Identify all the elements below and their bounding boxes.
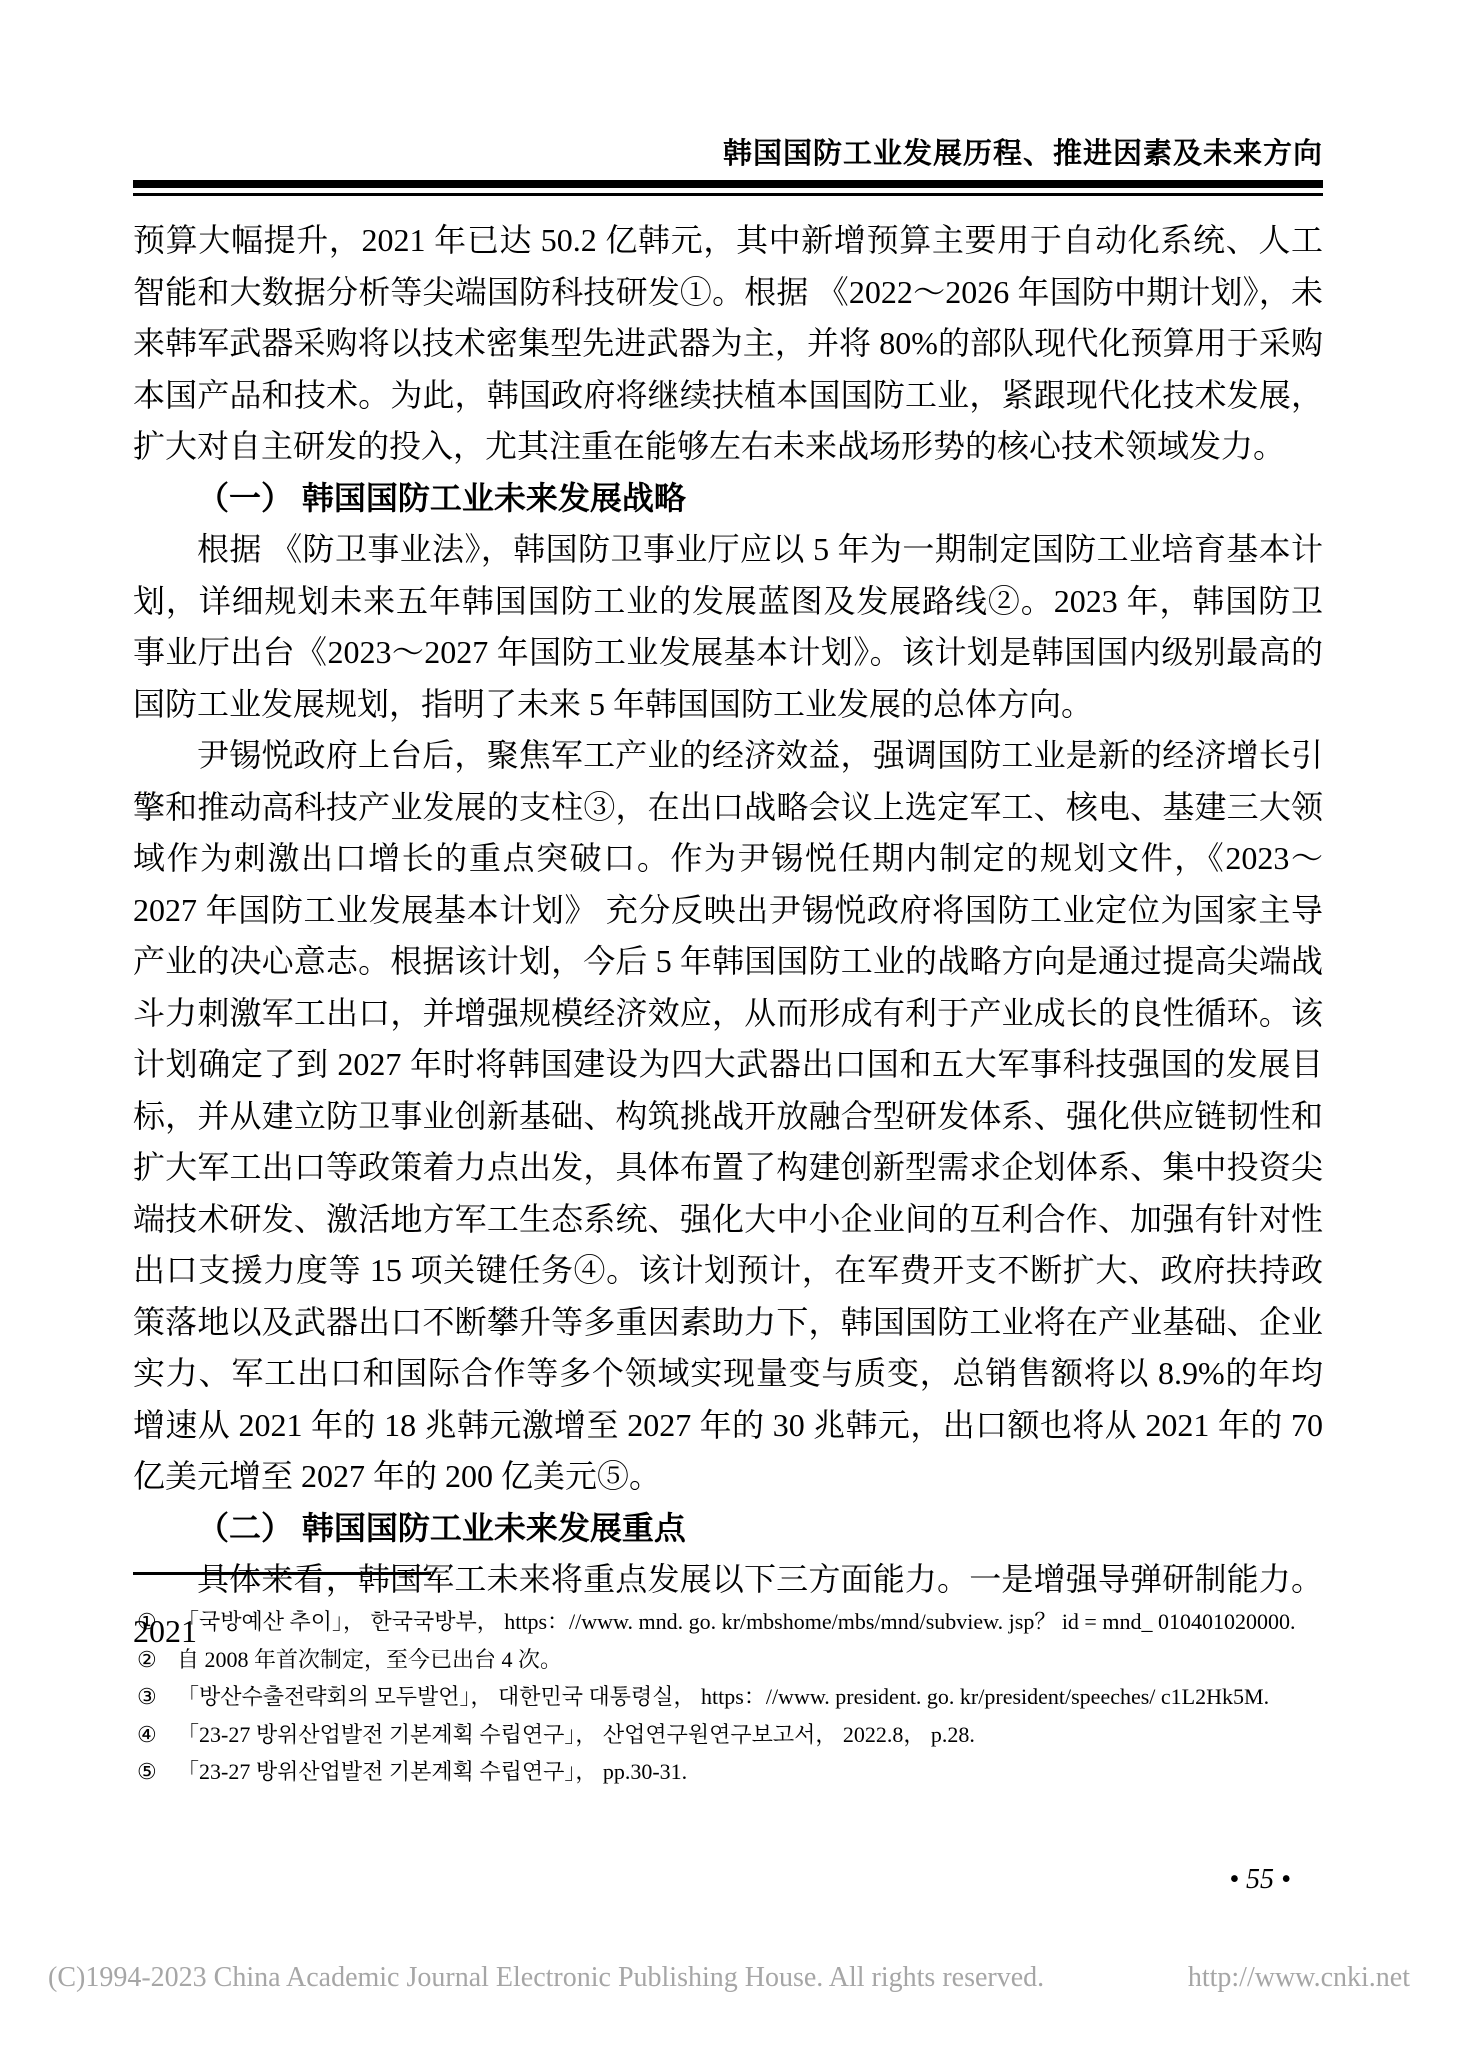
journal-page: { "header": { "running_title": "韩国国防工业发展… <box>0 0 1457 2048</box>
footnote-2-marker: ② <box>137 1641 157 1679</box>
cnki-url: http://www.cnki.net <box>1188 1962 1410 1994</box>
paragraph-yoon-government-plan: 尹锡悦政府上台后，聚焦军工产业的经济效益，强调国防工业是新的经济增长引擎和推动高… <box>133 730 1323 1503</box>
copyright-text: (C)1994-2023 China Academic Journal Elec… <box>48 1962 1044 1994</box>
footnote-2-text: 自 2008 年首次制定，至今已出台 4 次。 <box>177 1647 562 1672</box>
section-heading-1: （一） 韩国国防工业未来发展战略 <box>133 473 1323 525</box>
footnote-5: ⑤ 「23-27 방위산업발전 기본계획 수립연구」， pp.30-31. <box>133 1753 1323 1791</box>
footnote-2: ② 自 2008 年首次制定，至今已出台 4 次。 <box>133 1641 1323 1679</box>
footnote-4-marker: ④ <box>137 1716 157 1754</box>
header-rule-thin <box>133 193 1323 196</box>
footnote-1: ① 「국방예산 추이」， 한국국방부， https：//www. mnd. go… <box>133 1603 1323 1641</box>
footnote-1-marker: ① <box>137 1603 157 1641</box>
footnote-4: ④ 「23-27 방위산업발전 기본계획 수립연구」， 산업연구원연구보고서， … <box>133 1716 1323 1754</box>
footnote-5-text: 「23-27 방위산업발전 기본계획 수립연구」， pp.30-31. <box>177 1759 687 1784</box>
paragraph-defense-law: 根据 《防卫事业法》，韩国防卫事业厅应以 5 年为一期制定国防工业培育基本计划，… <box>133 524 1323 730</box>
article-body: 预算大幅提升，2021 年已达 50.2 亿韩元，其中新增预算主要用于自动化系统… <box>133 215 1323 1657</box>
section-heading-2: （二） 韩国国防工业未来发展重点 <box>133 1503 1323 1555</box>
watermark-footer: (C)1994-2023 China Academic Journal Elec… <box>48 1962 1410 1994</box>
footnote-3: ③ 「방산수출전략회의 모두발언」， 대한민국 대통령실， https：//ww… <box>133 1678 1323 1716</box>
footnote-separator <box>133 1572 431 1575</box>
paragraph-budget-continuation: 预算大幅提升，2021 年已达 50.2 亿韩元，其中新增预算主要用于自动化系统… <box>133 215 1323 473</box>
footnote-4-text: 「23-27 방위산업발전 기본계획 수립연구」， 산업연구원연구보고서， 20… <box>177 1722 975 1747</box>
page-number: • 55 • <box>1180 1864 1340 1896</box>
footnote-5-marker: ⑤ <box>137 1753 157 1791</box>
footnote-3-text: 「방산수출전략회의 모두발언」， 대한민국 대통령실， https：//www.… <box>177 1684 1269 1709</box>
header-rule-thick <box>133 180 1323 188</box>
footnotes: ① 「국방예산 추이」， 한국국방부， https：//www. mnd. go… <box>133 1603 1323 1791</box>
running-title: 韩国国防工业发展历程、推进因素及未来方向 <box>133 131 1323 172</box>
footnote-3-marker: ③ <box>137 1678 157 1716</box>
footnote-1-text: 「국방예산 추이」， 한국국방부， https：//www. mnd. go. … <box>177 1609 1295 1634</box>
